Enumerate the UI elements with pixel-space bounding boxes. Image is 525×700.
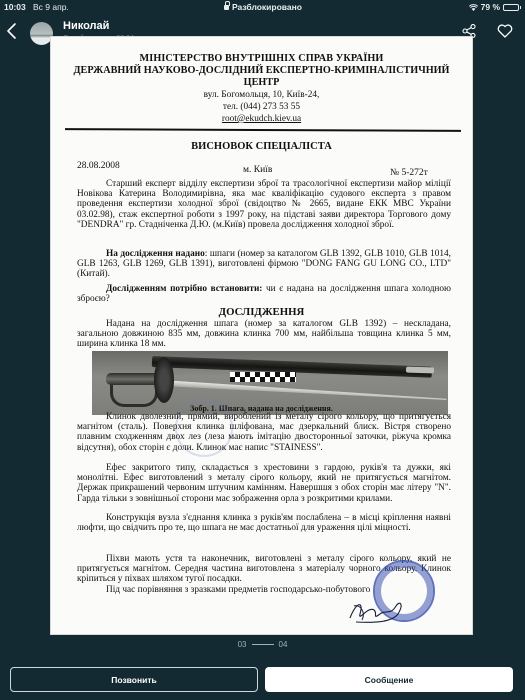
back-button[interactable]: [5, 22, 19, 40]
signature: [346, 592, 406, 627]
status-right: 79 %: [469, 2, 519, 12]
avatar[interactable]: [30, 22, 53, 45]
page-total: 04: [279, 640, 288, 649]
message-button[interactable]: Сообщение: [265, 667, 513, 692]
status-bar: 10:03 Вс 9 апр. Разблокировано 79 %: [0, 0, 525, 14]
favorite-button[interactable]: [497, 24, 513, 38]
doc-address: вул. Богомольця, 10, Київ-24,: [51, 90, 472, 100]
doc-email: root@ekudch.kiev.ua: [51, 114, 472, 124]
share-button[interactable]: [462, 24, 476, 38]
scabbard-tip: [406, 367, 434, 374]
status-time: 10:03: [4, 2, 26, 12]
doc-paragraph-intro: Старший експерт відділу експертизи зброї…: [77, 179, 451, 230]
doc-paragraph-hilt: Ефес закритого типу, складається з хрест…: [77, 463, 451, 504]
doc-paragraph-dimensions: Надана на дослідження шпага (номер за ка…: [77, 319, 451, 350]
battery-icon: [503, 4, 519, 11]
battery-percent: 79 %: [481, 2, 500, 12]
lock-icon: [224, 5, 229, 10]
question-label: Дослідженням потрібно встановити:: [106, 284, 262, 294]
document-image[interactable]: МІНІСТЕРСТВО ВНУТРІШНІХ СПРАВ УКРАЇНИ ДЕ…: [51, 37, 472, 634]
status-date: Вс 9 апр.: [33, 2, 69, 12]
lock-status: Разблокировано: [224, 2, 302, 12]
doc-date: 28.08.2008: [77, 161, 120, 171]
doc-title: ВИСНОВОК СПЕЦІАЛІСТА: [51, 141, 472, 152]
doc-number: № 5-272т: [390, 168, 428, 178]
doc-paragraph-provided: На дослідження надано: шпаги (номер за к…: [77, 249, 451, 280]
doc-paragraph-construction: Конструкція вузла з'єднання клинка з рук…: [77, 513, 451, 533]
doc-paragraph-question: Дослідженням потрібно встановити: чи є н…: [77, 284, 451, 304]
chevron-left-icon: [5, 22, 19, 40]
doc-city: м. Київ: [243, 165, 272, 175]
checkered-scale: [230, 372, 296, 382]
contact-name: Николай: [63, 20, 109, 32]
doc-divider: [65, 128, 461, 132]
doc-header-center-cont: ЦЕНТР: [51, 77, 472, 88]
guard: [154, 357, 174, 403]
page-indicator: 0304: [0, 640, 525, 654]
page-separator: [252, 644, 274, 645]
page-current: 03: [238, 640, 247, 649]
doc-paragraph-blade: Клинок дволезний, прямий, вироблений із …: [77, 412, 451, 453]
provided-label: На дослідження надано: [106, 249, 205, 259]
lock-text: Разблокировано: [232, 2, 302, 12]
wifi-icon: [469, 4, 478, 11]
share-icon: [462, 24, 476, 38]
heart-icon: [497, 24, 513, 38]
doc-header-ministry: МІНІСТЕРСТВО ВНУТРІШНІХ СПРАВ УКРАЇНИ: [51, 53, 472, 64]
doc-header-center: ДЕРЖАВНИЙ НАУКОВО-ДОСЛІДНИЙ ЕКСПЕРТНО-КР…: [51, 65, 472, 76]
doc-section-title: ДОСЛІДЖЕННЯ: [51, 306, 472, 318]
call-button[interactable]: Позвонить: [10, 667, 258, 692]
doc-phone: тел. (044) 273 53 55: [51, 102, 472, 112]
